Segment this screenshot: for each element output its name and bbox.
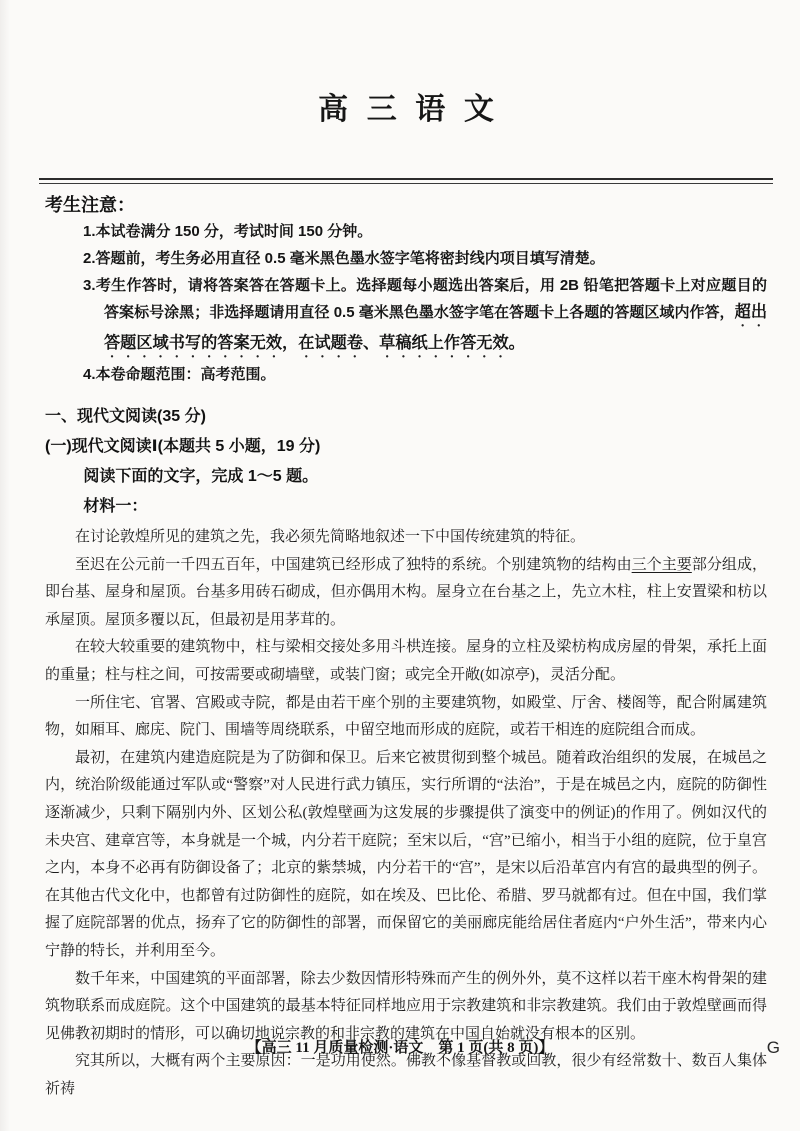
- passage-paragraph-1: 在讨论敦煌所见的建筑之先，我必须先简略地叙述一下中国传统建筑的特征。: [45, 524, 767, 552]
- reading-instruction: 阅读下面的文字，完成 1～5 题。: [45, 462, 767, 492]
- underlined-phrase: 三个主要: [632, 557, 692, 573]
- page-title: 高三语文: [45, 0, 767, 128]
- material-one-label: 材料一：: [45, 492, 767, 522]
- passage-paragraph-3: 在较大较重要的建筑物中，柱与梁相交接处多用斗栱连接。屋身的立柱及梁枋构成房屋的骨…: [45, 634, 767, 689]
- section-heading-reading-one: (一)现代文阅读Ⅰ(本题共 5 小题，19 分): [45, 432, 767, 462]
- passage-material-one: 在讨论敦煌所见的建筑之先，我必须先简略地叙述一下中国传统建筑的特征。 至迟在公元…: [45, 524, 767, 1103]
- notice-item-3: 3.考生作答时，请将答案答在答题卡上。选择题每小题选出答案后，用 2B 铅笔把答…: [83, 272, 767, 361]
- notice-item-1: 1.本试卷满分 150 分，考试时间 150 分钟。: [83, 218, 767, 245]
- paragraph-2-text-before: 至迟在公元前一千四五百年，中国建筑已经形成了独特的系统。个别建筑物的结构由: [75, 557, 632, 573]
- header-divider-rule: [39, 178, 773, 184]
- footer-letter-g: G: [767, 1038, 780, 1058]
- passage-paragraph-5: 最初，在建筑内建造庭院是为了防御和保卫。后来它被贯彻到整个城邑。随着政治组织的发…: [45, 745, 767, 966]
- exam-paper-page: 高三语文 考生注意： 1.本试卷满分 150 分，考试时间 150 分钟。 2.…: [0, 0, 800, 1131]
- notice-item-3-text: 3.考生作答时，请将答案答在答题卡上。选择题每小题选出答案后，用 2B 铅笔把答…: [83, 277, 767, 321]
- notice-heading: 考生注意：: [45, 192, 767, 218]
- passage-paragraph-4: 一所住宅、官署、宫殿或寺院，都是由若干座个别的主要建筑物，如殿堂、厅舍、楼阁等，…: [45, 690, 767, 745]
- section-heading-modern-reading: 一、现代文阅读(35 分): [45, 402, 767, 432]
- passage-paragraph-2: 至迟在公元前一千四五百年，中国建筑已经形成了独特的系统。个别建筑物的结构由三个主…: [45, 552, 767, 635]
- notice-item-2: 2.答题前，考生务必用直径 0.5 毫米黑色墨水签字笔将密封线内项目填写清楚。: [83, 245, 767, 272]
- notice-section: 考生注意： 1.本试卷满分 150 分，考试时间 150 分钟。 2.答题前，考…: [45, 192, 767, 388]
- notice-item-4: 4.本卷命题范围：高考范围。: [83, 361, 767, 388]
- page-footer: 【高三 11 月质量检测·语文 第 1 页(共 8 页)】: [0, 1036, 800, 1057]
